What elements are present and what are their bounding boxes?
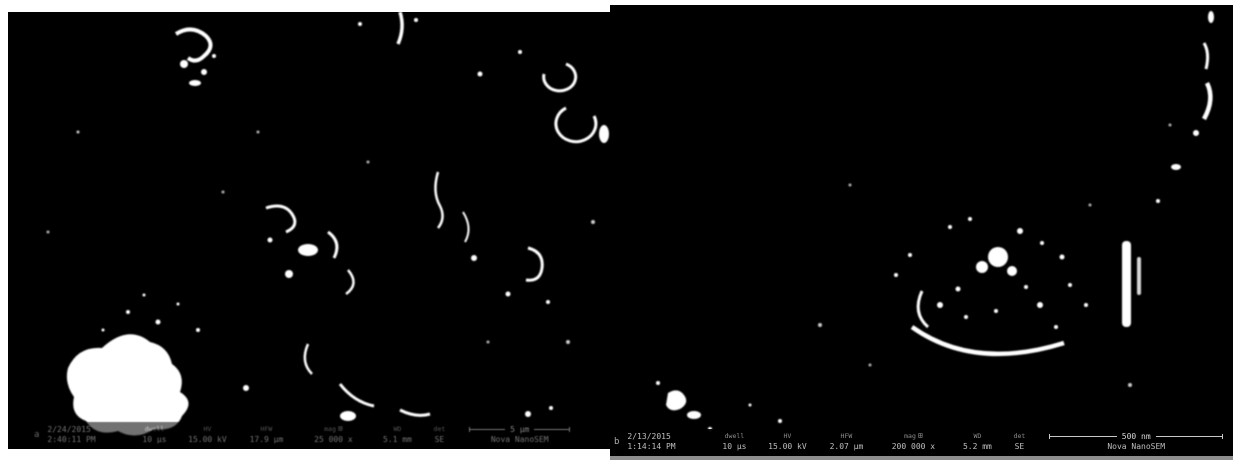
datetime-a: 2/24/2015 2:40:11 PM [47,422,131,445]
micrograph-b-features [656,11,1214,431]
scale-value-b: 500 nm [1117,432,1156,441]
mag-grid-icon: ⊞ [918,432,923,440]
instrument-a: Nova NanoSEM [491,435,549,444]
scale-bar-a: 5 μm [469,425,570,434]
hfw-a: HFW 17.9 μm [237,422,295,445]
time-b: 1:14:14 PM [627,442,675,452]
micrograph-panel-b: b 2/13/2015 1:14:14 PM dwell 10 μs HV 15… [610,5,1233,456]
bottom-gray-strip [610,456,1233,460]
micrograph-panel-a: a 2/24/2015 2:40:11 PM dwell 10 μs HV 15… [8,12,610,449]
info-bar-a: a 2/24/2015 2:40:11 PM dwell 10 μs HV 15… [8,422,610,449]
wd-b: WD 5.2 mm [951,429,1003,452]
scale-bar-b: 500 nm [1049,432,1223,441]
dwell-a: dwell 10 μs [131,422,177,445]
time-a: 2:40:11 PM [47,435,95,445]
info-bar-b: b 2/13/2015 1:14:14 PM dwell 10 μs HV 15… [610,429,1233,456]
micrograph-b-image [610,5,1233,456]
micrograph-a-features [47,12,610,436]
datetime-b: 2/13/2015 1:14:14 PM [627,429,711,452]
figure-page: a 2/24/2015 2:40:11 PM dwell 10 μs HV 15… [0,0,1240,464]
micrograph-a-image [8,12,610,449]
scale-a: 5 μm Nova NanoSEM [455,422,580,444]
panel-b-label: b [610,429,621,447]
hfw-b: HFW 2.07 μm [817,429,875,452]
scale-value-a: 5 μm [505,425,534,434]
mag-a: mag ⊞ 25 000 x [295,422,371,445]
instrument-b: Nova NanoSEM [1107,442,1165,451]
hv-b: HV 15.00 kV [757,429,817,452]
dwell-b: dwell 10 μs [711,429,757,452]
scale-b: 500 nm Nova NanoSEM [1035,429,1233,451]
date-a: 2/24/2015 [47,425,90,435]
panel-a-label: a [8,422,41,440]
mag-grid-icon: ⊞ [338,425,343,433]
det-b: det SE [1003,429,1035,452]
mag-b: mag ⊞ 200 000 x [875,429,951,452]
date-b: 2/13/2015 [627,432,670,442]
hv-a: HV 15.00 kV [177,422,237,445]
det-a: det SE [423,422,455,445]
wd-a: WD 5.1 mm [371,422,423,445]
